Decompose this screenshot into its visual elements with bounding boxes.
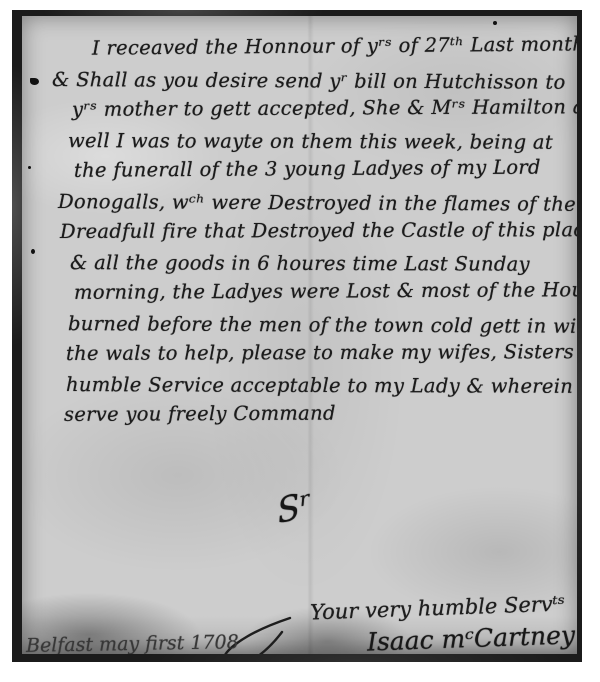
signature: Isaac mᶜCartney	[367, 620, 576, 654]
letter-photograph: I receaved the Honnour of yʳˢ of 27ᵗʰ La…	[12, 10, 582, 662]
letter-line-9: morning, the Ladyes were Lost & most of …	[50, 275, 563, 308]
ink-speck	[28, 166, 31, 169]
dateline: Belfast may first 1708	[26, 631, 239, 654]
ink-speck	[493, 21, 497, 25]
letter-line-11: the wals to help, please to make my wife…	[50, 337, 563, 369]
sir-abbreviation: Sʳ	[275, 484, 313, 533]
letter-paper: I receaved the Honnour of yʳˢ of 27ᵗʰ La…	[22, 16, 577, 654]
letter-line-5: the funerall of the 3 young Ladyes of my…	[50, 152, 563, 186]
letter-line-1: I receaved the Honnour of yʳˢ of 27ᵗʰ La…	[50, 30, 563, 65]
letter-body: I receaved the Honnour of yʳˢ of 27ᵗʰ La…	[50, 34, 563, 431]
closing-line: Your very humble Servᵗˢ	[310, 592, 566, 625]
letter-line-13: serve you freely Command	[50, 397, 563, 430]
ink-speck	[30, 78, 39, 85]
ink-speck	[31, 249, 35, 254]
letter-line-7: Dreadfull fire that Destroyed the Castle…	[50, 215, 563, 247]
letter-line-3: yʳˢ mother to gett accepted, She & Mʳˢ H…	[50, 92, 563, 125]
